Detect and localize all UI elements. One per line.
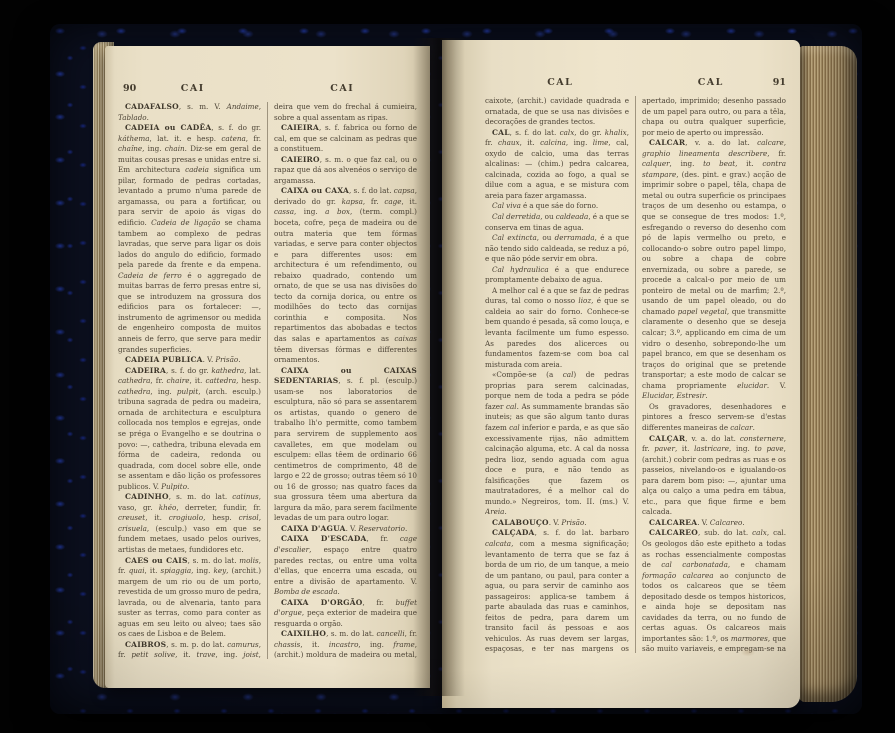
entry-continuation: Os gravadores, desenhadores e pintores a…	[642, 402, 786, 434]
running-title: CAI	[268, 83, 418, 94]
right-page-content: CAL CAL 91 caixote, (archit.) cavidade q…	[485, 40, 786, 708]
dictionary-entry: CALABOUÇO. V. Prisão.	[485, 518, 629, 529]
dictionary-entry: CALÇAR, v. a. do lat. consternere, fr. p…	[642, 434, 786, 518]
headword: CAIXA ou CAIXAS SEDENTARIAS	[274, 366, 417, 386]
entry-continuation: caixote, (archit.) cavidade quadrada e o…	[485, 96, 629, 128]
headword: CALÇADA	[492, 528, 535, 537]
headword: CAES ou CAIS	[125, 556, 188, 565]
entry-continuation: deira que vem do frechal á cumieira, sob…	[274, 102, 417, 123]
headword: CADEIA ou CADÊA	[125, 123, 211, 132]
dictionary-entry: CALÇADA, s. f. do lat. barbaro calcata, …	[485, 528, 629, 653]
running-title: CAL	[636, 77, 787, 88]
dictionary-entry: CAIXA D'ORGÃO, fr. buffet d'orgue, peça …	[274, 598, 417, 630]
dictionary-entry: CAES ou CAIS, s. m. do lat. molis, fr. q…	[118, 556, 261, 640]
dictionary-entry: CADEIRA, s. f. do gr. kathedra, lat. cat…	[118, 366, 261, 493]
left-page-columns: CADAFALSO, s. m. V. Andaime, Tablado.CAD…	[118, 102, 417, 659]
entry-continuation: «Compõe-se (a cal) de pedras proprias pa…	[485, 370, 629, 518]
dictionary-entry: CAIXA D'AGUA. V. Reservatorio.	[274, 524, 417, 535]
dictionary-entry: CALCAR, v. a. do lat. calcare, graphio l…	[642, 138, 786, 402]
dictionary-entry: CAIEIRO, s. m. o que faz cal, ou o rapaz…	[274, 155, 417, 187]
headword: CAL	[492, 128, 510, 137]
headword: CALCAR	[649, 138, 685, 147]
headword: CALCAREA	[649, 518, 697, 527]
headword: CALÇAR	[649, 434, 685, 443]
left-page-content: 90 CAI CAI CADAFALSO, s. m. V. Andaime, …	[118, 46, 417, 688]
headword: CALCAREO	[649, 528, 698, 537]
dictionary-column: CADAFALSO, s. m. V. Andaime, Tablado.CAD…	[118, 102, 267, 659]
left-page: 90 CAI CAI CADAFALSO, s. m. V. Andaime, …	[105, 46, 430, 688]
headword: CAIBROS	[125, 640, 166, 649]
right-page-header: CAL CAL 91	[485, 77, 786, 90]
headword: CADAFALSO	[125, 102, 179, 111]
dictionary-entry: CAIXA ou CAXA, s. f. do lat. capsa, deri…	[274, 186, 417, 365]
dictionary-entry: CADINHO, s. m. do lat. catinus, vaso, gr…	[118, 492, 261, 555]
dictionary-entry: CADAFALSO, s. m. V. Andaime, Tablado.	[118, 102, 261, 123]
headword: CADEIRA	[125, 366, 166, 375]
headword: CAIXILHO	[281, 629, 326, 638]
headword: CALABOUÇO	[492, 518, 549, 527]
headword: CAIXA D'AGUA	[281, 524, 346, 533]
right-page: CAL CAL 91 caixote, (archit.) cavidade q…	[442, 40, 800, 708]
dictionary-entry: CAL, s. f. do lat. calx, do gr. khalix, …	[485, 128, 629, 202]
entry-continuation: Cal derretida, ou caldeada, é a que se c…	[485, 212, 629, 233]
entry-continuation: Cal hydraulica é a que endurece promptam…	[485, 265, 629, 286]
right-page-columns: caixote, (archit.) cavidade quadrada e o…	[485, 96, 786, 653]
dictionary-entry: CAIXA ou CAIXAS SEDENTARIAS, s. f. pl. (…	[274, 366, 417, 524]
dictionary-column: deira que vem do frechal á cumieira, sob…	[267, 102, 417, 659]
left-page-header: 90 CAI CAI	[118, 83, 417, 96]
dictionary-entry: CALCAREO, sub. do lat. calx, cal. Os geo…	[642, 528, 786, 653]
headword: CADEIA PUBLICA	[125, 355, 203, 364]
entry-continuation: Cal extincta, ou derramada, é a que não …	[485, 233, 629, 265]
entry-continuation: A melhor cal é a que se faz de pedras du…	[485, 286, 629, 370]
page-number-right: 91	[773, 77, 786, 88]
headword: CAIXA D'ORGÃO	[281, 598, 363, 607]
headword: CAIEIRA	[281, 123, 319, 132]
dictionary-column: caixote, (archit.) cavidade quadrada e o…	[485, 96, 635, 653]
running-title: CAL	[485, 77, 636, 88]
dictionary-column: apertado, imprimido; desenho passado de …	[635, 96, 786, 653]
headword: CAIXA D'ESCADA	[281, 534, 367, 543]
entry-continuation: Cal viva é a que sáe do forno.	[485, 201, 629, 212]
dictionary-entry: CAIXILHO, s. m. do lat. cancelli, fr. ch…	[274, 629, 417, 659]
page-edges-right	[799, 46, 857, 702]
headword: CAIEIRO	[281, 155, 320, 164]
headword: CAIXA ou CAXA	[281, 186, 349, 195]
headword: CADINHO	[125, 492, 169, 501]
dictionary-entry: CADEIA ou CADÊA, s. f. do gr. káthema, l…	[118, 123, 261, 355]
entry-continuation: apertado, imprimido; desenho passado de …	[642, 96, 786, 138]
dictionary-entry: CADEIA PUBLICA. V. Prisão.	[118, 355, 261, 366]
running-title: CAI	[118, 83, 268, 94]
dictionary-entry: CAIBROS, s. m. p. do lat. camurus, fr. p…	[118, 640, 261, 659]
dictionary-entry: CAIXA D'ESCADA, fr. cage d'escalier, esp…	[274, 534, 417, 597]
dictionary-entry: CALCAREA. V. Calcareo.	[642, 518, 786, 529]
dictionary-entry: CAIEIRA, s. f. fabrica ou forno de cal, …	[274, 123, 417, 155]
